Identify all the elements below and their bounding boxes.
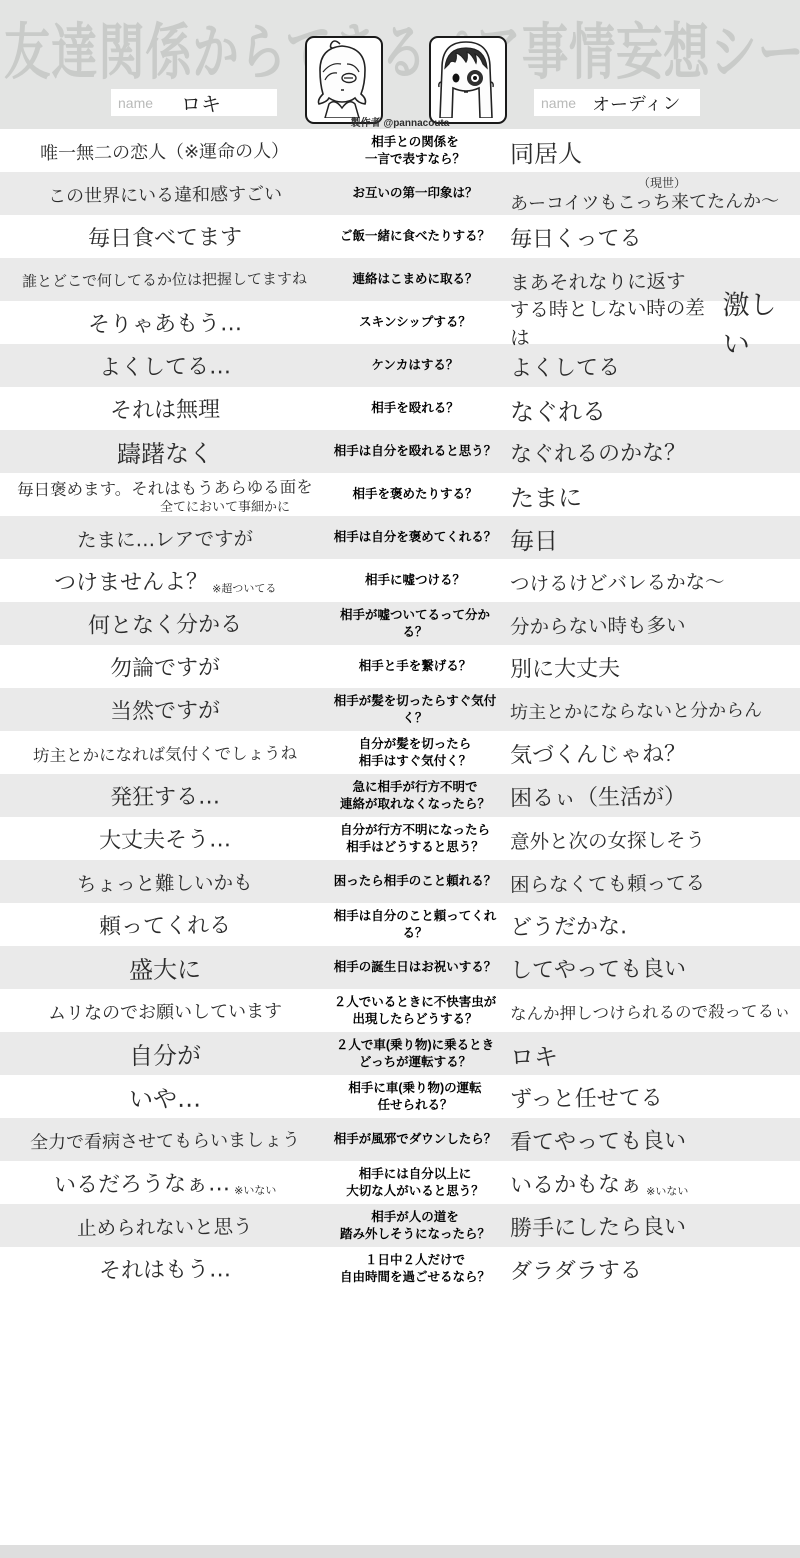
right-answer-text: 別に大丈夫	[510, 651, 620, 683]
left-answer-cell: 自分が	[0, 1036, 330, 1071]
question-text: ２人で車(乗り物)に乗るときどっちが運転する？	[330, 1037, 500, 1071]
left-answer-text: 誰とどこで何してるか位は把握してますね	[22, 268, 307, 292]
right-answer-cell: 勝手にしたら良い	[500, 1210, 800, 1241]
question-text: 自分が髪を切ったら相手はすぐ気付く？	[330, 736, 500, 770]
right-answer-cell: いるかもなぁ ※いない	[500, 1167, 800, 1198]
left-answer-text: 止められないと思う	[77, 1211, 253, 1241]
qa-row: 唯一無二の恋人（※運命の人） 相手との関係を一言で表すなら？ 同居人	[0, 129, 800, 172]
left-answer-cell: 勿論ですが	[0, 651, 330, 682]
right-answer-text: 坊主とかにならないと分からん	[510, 695, 762, 724]
left-answer-text: この世界にいる違和感すごい	[48, 179, 282, 207]
right-answer-text: 分からない時も多い	[510, 609, 686, 639]
question-text: 相手に嘘つける？	[330, 572, 500, 589]
portrait-right-image	[429, 36, 507, 124]
left-character-name: ロキ	[181, 88, 221, 117]
question-text: ２人でいるときに不快害虫が出現したらどうする？	[330, 994, 500, 1028]
left-answer-cell: つけませんよ？ ※超ついてる	[0, 565, 330, 596]
name-field-label: name	[118, 95, 153, 111]
question-text: 相手が嘘ついてるって分かる？	[330, 607, 500, 641]
left-answer-cell: 全力で看病させてもらいましょう	[0, 1127, 330, 1153]
left-answer-cell: 発狂する…	[0, 780, 330, 811]
right-answer-text: ずっと任せてる	[510, 1081, 663, 1114]
left-answer-cell: それはもう…	[0, 1253, 330, 1284]
qa-row: この世界にいる違和感すごい お互いの第一印象は？ （現世） あーコイツもこっち来…	[0, 172, 800, 215]
question-text: 相手は自分を殴れると思う？	[330, 443, 500, 460]
right-answer-text: たまに	[510, 478, 582, 514]
right-answer-cell: どうだかな.	[500, 909, 800, 940]
left-answer-cell: 坊主とかになれば気付くでしょうね	[0, 741, 330, 765]
left-answer-cell: 何となく分かる	[0, 608, 330, 639]
left-answer-cell: 当然ですが	[0, 694, 330, 725]
qa-row: 当然ですが 相手が髪を切ったらすぐ気付く？ 坊主とかにならないと分からん	[0, 688, 800, 731]
right-answer-text: 看てやっても良い	[510, 1124, 686, 1157]
left-answer-text: 盛大に	[129, 950, 201, 986]
question-list: 唯一無二の恋人（※運命の人） 相手との関係を一言で表すなら？ 同居人 この世界に…	[0, 129, 800, 1290]
left-answer-cell: 毎日褒めます。それはもうあらゆる面を 全てにおいて事細かに	[0, 475, 330, 515]
right-answer-text: つけるけどバレるかな～	[510, 566, 725, 596]
question-text: 相手が髪を切ったらすぐ気付く？	[330, 693, 500, 727]
question-text: 相手は自分を褒めてくれる？	[330, 529, 500, 546]
right-answer-text: 毎日くってる	[510, 221, 642, 253]
right-answer-cell: ずっと任せてる	[500, 1081, 800, 1112]
right-answer-text: 困らなくても頼ってる	[510, 867, 705, 897]
qa-row: 毎日褒めます。それはもうあらゆる面を 全てにおいて事細かに 相手を褒めたりする？…	[0, 473, 800, 516]
right-answer-text: 困るぃ（生活が）	[510, 780, 686, 813]
left-answer-cell: 頼ってくれる	[0, 909, 330, 940]
right-answer-note: ※いない	[646, 1183, 688, 1199]
right-answer-cell: なぐれる	[500, 391, 800, 426]
right-answer-text: ロキ	[510, 1037, 558, 1073]
question-text: 相手は自分のこと頼ってくれる？	[330, 908, 500, 942]
right-answer-text: なぐれる	[510, 392, 606, 428]
left-answer-line2: 全てにおいて事細かに	[160, 496, 290, 515]
left-answer-text: 頼ってくれる	[99, 908, 231, 940]
question-text: １日中２人だけで自由時間を過ごせるなら？	[330, 1252, 500, 1286]
left-answer-text: いや…	[129, 1079, 201, 1115]
qa-row: 盛大に 相手の誕生日はお祝いする？ してやっても良い	[0, 946, 800, 989]
left-answer-note: ※いない	[234, 1182, 276, 1198]
qa-row: ちょっと難しいかも 困ったら相手のこと頼れる？ 困らなくても頼ってる	[0, 860, 800, 903]
left-answer-text: 躊躇なく	[117, 433, 213, 469]
right-answer-cell: 毎日くってる	[500, 221, 800, 252]
right-answer-cell: ダラダラする	[500, 1253, 800, 1284]
left-answer-text: 発狂する…	[110, 779, 220, 811]
question-text: 相手との関係を一言で表すなら？	[330, 134, 500, 168]
sheet-title: 友達関係からできるペア事情妄想シート	[4, 4, 800, 91]
right-answer-text: いるかもなぁ	[510, 1167, 642, 1199]
left-answer-text: 当然ですが	[110, 693, 220, 725]
name-field-left[interactable]: name ロキ	[111, 89, 277, 116]
left-answer-text: 大丈夫そう…	[99, 822, 231, 854]
name-field-right[interactable]: name オーディン	[534, 89, 700, 116]
qa-row: 止められないと思う 相手が人の道を踏み外しそうになったら？ 勝手にしたら良い	[0, 1204, 800, 1247]
right-answer-cell: 別に大丈夫	[500, 651, 800, 682]
left-answer-cell: いや…	[0, 1079, 330, 1114]
right-answer-text: してやっても良い	[510, 952, 686, 985]
left-answer-cell: 大丈夫そう…	[0, 823, 330, 854]
left-answer-text: それはもう…	[99, 1252, 231, 1284]
question-text: お互いの第一印象は？	[330, 185, 500, 202]
left-answer-text: 全力で看病させてもらいましょう	[30, 1125, 300, 1154]
character-sketch-left-icon	[307, 38, 377, 118]
creator-credit: 製作者 @pannacouta	[0, 114, 800, 129]
left-answer-cell: 躊躇なく	[0, 434, 330, 469]
qa-row: それは無理 相手を殴れる？ なぐれる	[0, 387, 800, 430]
right-answer-cell: 毎日	[500, 520, 800, 555]
left-answer-text: 自分が	[129, 1036, 201, 1072]
left-answer-note: ※超ついてる	[212, 580, 276, 597]
qa-row: 躊躇なく 相手は自分を殴れると思う？ なぐれるのかな？	[0, 430, 800, 473]
right-answer-text: よくしてる	[510, 350, 620, 382]
right-answer-text: 勝手にしたら良い	[510, 1210, 686, 1243]
right-answer-cell: つけるけどバレるかな～	[500, 567, 800, 595]
left-answer-text: それは無理	[110, 392, 220, 424]
qa-row: 自分が ２人で車(乗り物)に乗るときどっちが運転する？ ロキ	[0, 1032, 800, 1075]
question-text: ご飯一緒に食べたりする？	[330, 228, 500, 245]
right-answer-cell: よくしてる	[500, 350, 800, 381]
right-answer-cell: 同居人	[500, 133, 800, 168]
right-answer-text: 毎日	[510, 521, 558, 557]
right-answer-cell: 分からない時も多い	[500, 610, 800, 638]
question-text: 相手には自分以上に大切な人がいると思う？	[330, 1166, 500, 1200]
portrait-left-image	[305, 36, 383, 124]
question-text: 困ったら相手のこと頼れる？	[330, 873, 500, 890]
left-answer-text: よくしてる…	[99, 349, 231, 381]
right-answer-text: する時としない時の差は	[510, 292, 715, 350]
sheet-header: 友達関係からできるペア事情妄想シート name ロキ name オー	[0, 0, 800, 129]
left-answer-cell: たまに…レアですが	[0, 524, 330, 552]
qa-row: 毎日食べてます ご飯一緒に食べたりする？ 毎日くってる	[0, 215, 800, 258]
qa-row: たまに…レアですが 相手は自分を褒めてくれる？ 毎日	[0, 516, 800, 559]
qa-row: いるだろうなぁ… ※いない 相手には自分以上に大切な人がいると思う？ いるかもな…	[0, 1161, 800, 1204]
left-answer-text: 毎日食べてます	[88, 220, 242, 253]
right-answer-text: どうだかな.	[510, 909, 627, 941]
right-answer-text: 同居人	[510, 134, 582, 170]
question-text: 自分が行方不明になったら相手はどうすると思う？	[330, 822, 500, 856]
left-answer-cell: 止められないと思う	[0, 1212, 330, 1240]
question-text: 相手を褒めたりする？	[330, 486, 500, 503]
right-answer-cell: 坊主とかにならないと分からん	[500, 697, 800, 723]
left-answer-cell: この世界にいる違和感すごい	[0, 181, 330, 207]
left-answer-text: ムリなのでお願いしています	[48, 996, 282, 1024]
qa-row: ムリなのでお願いしています ２人でいるときに不快害虫が出現したらどうする？ なん…	[0, 989, 800, 1032]
left-answer-cell: 唯一無二の恋人（※運命の人）	[0, 138, 330, 164]
qa-row: 全力で看病させてもらいましょう 相手が風邪でダウンしたら？ 看てやっても良い	[0, 1118, 800, 1161]
right-answer-cell: （現世） あーコイツもこっち来てたんか～	[500, 174, 800, 214]
name-field-label: name	[541, 95, 576, 111]
qa-row: 勿論ですが 相手と手を繋げる？ 別に大丈夫	[0, 645, 800, 688]
qa-row: 坊主とかになれば気付くでしょうね 自分が髪を切ったら相手はすぐ気付く？ 気づくん…	[0, 731, 800, 774]
left-answer-text: 唯一無二の恋人（※運命の人）	[40, 136, 289, 165]
right-answer-cell: 看てやっても良い	[500, 1124, 800, 1155]
left-answer-text: そりゃあもう…	[88, 306, 242, 339]
left-answer-text: 何となく分かる	[88, 607, 242, 640]
question-text: 相手に車(乗り物)の運転任せられる？	[330, 1080, 500, 1114]
qa-row: 大丈夫そう… 自分が行方不明になったら相手はどうすると思う？ 意外と次の女探しそ…	[0, 817, 800, 860]
right-answer-cell: 困るぃ（生活が）	[500, 780, 800, 811]
right-answer-text: 気づくんじゃね？	[510, 737, 686, 770]
right-answer-cell: してやっても良い	[500, 952, 800, 983]
left-answer-text: 勿論ですが	[110, 650, 220, 682]
left-answer-text: ちょっと難しいかも	[77, 867, 253, 897]
left-answer-cell: ムリなのでお願いしています	[0, 998, 330, 1024]
right-answer-cell: なんか押しつけられるので殺ってるぃ	[500, 999, 800, 1023]
question-text: 相手が風邪でダウンしたら？	[330, 1131, 500, 1148]
left-answer-text: つけませんよ？	[54, 565, 208, 598]
right-answer-cell: ロキ	[500, 1036, 800, 1071]
left-answer-cell: 毎日食べてます	[0, 221, 330, 252]
question-text: 相手が人の道を踏み外しそうになったら？	[330, 1209, 500, 1243]
left-answer-cell: よくしてる…	[0, 350, 330, 381]
qa-row: つけませんよ？ ※超ついてる 相手に嘘つける？ つけるけどバレるかな～	[0, 559, 800, 602]
left-answer-cell: いるだろうなぁ… ※いない	[0, 1167, 330, 1198]
question-text: 相手と手を繋げる？	[330, 658, 500, 675]
qa-row: 何となく分かる 相手が嘘ついてるって分かる？ 分からない時も多い	[0, 602, 800, 645]
left-answer-cell: それは無理	[0, 393, 330, 424]
qa-row: いや… 相手に車(乗り物)の運転任せられる？ ずっと任せてる	[0, 1075, 800, 1118]
right-answer-cell: なぐれるのかな？	[500, 436, 800, 467]
right-answer-text: あーコイツもこっち来てたんか～	[510, 186, 779, 215]
left-answer-cell: 盛大に	[0, 950, 330, 985]
left-answer-text: たまに…レアですが	[77, 523, 253, 553]
question-text: 急に相手が行方不明で連絡が取れなくなったら？	[330, 779, 500, 813]
question-text: スキンシップする？	[330, 314, 500, 331]
left-answer-text: 坊主とかになれば気付くでしょうね	[33, 739, 297, 766]
qa-row: 頼ってくれる 相手は自分のこと頼ってくれる？ どうだかな.	[0, 903, 800, 946]
right-answer-text: なぐれるのかな？	[510, 436, 686, 469]
left-answer-cell: ちょっと難しいかも	[0, 868, 330, 896]
right-answer-text: 意外と次の女探しそう	[510, 824, 705, 854]
left-answer-cell: 誰とどこで何してるか位は把握してますね	[0, 269, 330, 290]
question-text: ケンカはする？	[330, 357, 500, 374]
right-answer-text: ダラダラする	[510, 1253, 642, 1285]
question-text: 連絡はこまめに取る？	[330, 271, 500, 288]
left-answer-cell: そりゃあもう…	[0, 307, 330, 338]
qa-row: 発狂する… 急に相手が行方不明で連絡が取れなくなったら？ 困るぃ（生活が）	[0, 774, 800, 817]
footer-bar	[0, 1545, 800, 1558]
right-answer-cell: たまに	[500, 477, 800, 512]
right-answer-cell: 気づくんじゃね？	[500, 737, 800, 768]
left-answer-text: いるだろうなぁ…	[54, 1166, 230, 1199]
qa-row: それはもう… １日中２人だけで自由時間を過ごせるなら？ ダラダラする	[0, 1247, 800, 1290]
right-answer-text: なんか押しつけられるので殺ってるぃ	[510, 997, 791, 1024]
question-text: 相手の誕生日はお祝いする？	[330, 959, 500, 976]
right-character-name: オーディン	[592, 89, 681, 117]
right-answer-cell: 困らなくても頼ってる	[500, 868, 800, 896]
qa-row: そりゃあもう… スキンシップする？ する時としない時の差は 激しい	[0, 301, 800, 344]
question-text: 相手を殴れる？	[330, 400, 500, 417]
qa-row: よくしてる… ケンカはする？ よくしてる	[0, 344, 800, 387]
character-sketch-right-icon	[431, 38, 501, 118]
right-answer-cell: 意外と次の女探しそう	[500, 825, 800, 853]
